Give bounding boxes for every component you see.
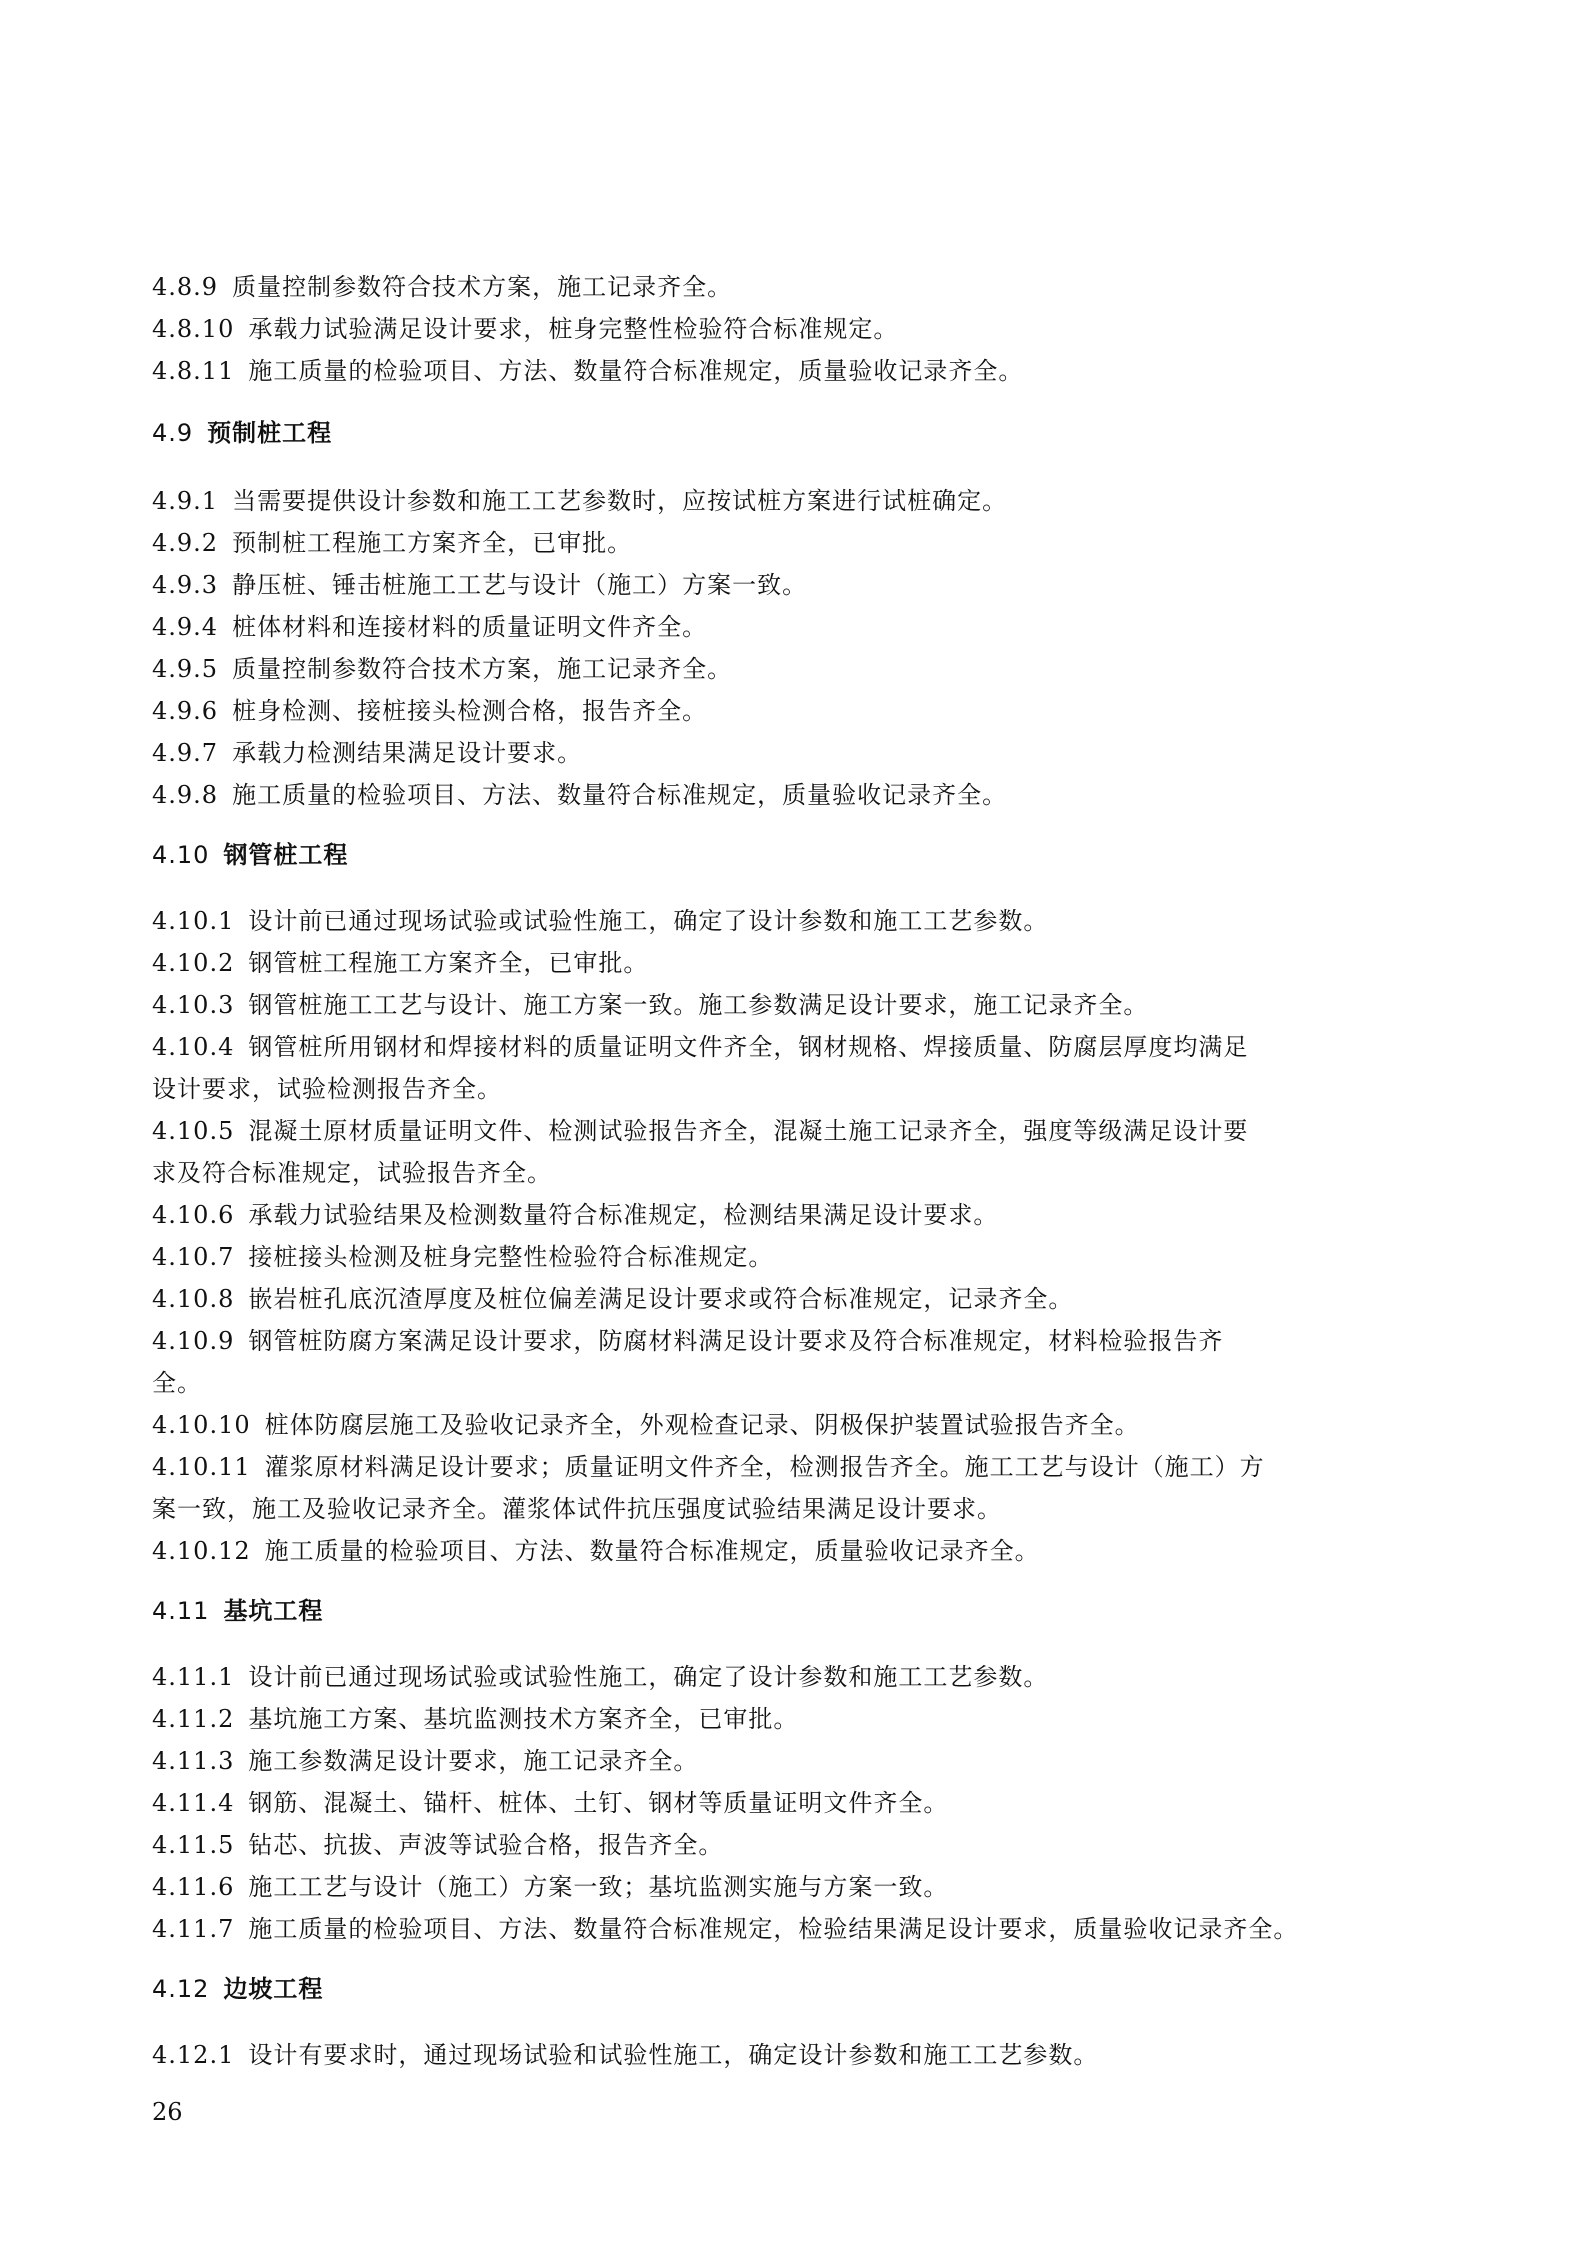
clause-text: 施工质量的检验项目、方法、数量符合标准规定，质量验收记录齐全。	[248, 357, 1023, 385]
clause-number: 4.9.5	[152, 654, 218, 684]
clause-text: 桩体防腐层施工及验收记录齐全，外观检查记录、阴极保护装置试验报告齐全。	[265, 1411, 1140, 1439]
clause-text: 施工质量的检验项目、方法、数量符合标准规定，质量验收记录齐全。	[265, 1537, 1040, 1565]
clause-number: 4.9.6	[152, 696, 218, 726]
clause-item: 4.11.6施工工艺与设计（施工）方案一致；基坑监测实施与方案一致。	[152, 1872, 948, 1902]
clause-continuation: 求及符合标准规定，试验报告齐全。	[152, 1158, 552, 1188]
clause-number: 4.10.8	[152, 1284, 234, 1314]
clause-number: 4.12	[152, 1974, 209, 2004]
clause-continuation: 设计要求，试验检测报告齐全。	[152, 1074, 502, 1104]
clause-item: 4.10.9钢管桩防腐方案满足设计要求，防腐材料满足设计要求及符合标准规定，材料…	[152, 1326, 1223, 1356]
clause-item: 4.8.11施工质量的检验项目、方法、数量符合标准规定，质量验收记录齐全。	[152, 356, 1023, 386]
clause-number: 4.10.9	[152, 1326, 234, 1356]
clause-item: 4.9.7承载力检测结果满足设计要求。	[152, 738, 582, 768]
clause-number: 4.10.12	[152, 1536, 251, 1566]
clause-number: 4.10.5	[152, 1116, 234, 1146]
clause-item: 4.11.4钢筋、混凝土、锚杆、桩体、土钉、钢材等质量证明文件齐全。	[152, 1788, 948, 1818]
clause-item: 4.11.7施工质量的检验项目、方法、数量符合标准规定，检验结果满足设计要求，质…	[152, 1914, 1298, 1944]
clause-number: 4.11.1	[152, 1662, 234, 1692]
clause-number: 4.9	[152, 418, 193, 448]
clause-text: 求及符合标准规定，试验报告齐全。	[152, 1159, 552, 1187]
clause-number: 4.9.2	[152, 528, 218, 558]
clause-item: 4.8.10承载力试验满足设计要求，桩身完整性检验符合标准规定。	[152, 314, 898, 344]
clause-number: 4.11.5	[152, 1830, 234, 1860]
clause-number: 4.12.1	[152, 2040, 234, 2070]
clause-item: 4.9.2预制桩工程施工方案齐全，已审批。	[152, 528, 632, 558]
clause-number: 4.10.4	[152, 1032, 234, 1062]
clause-number: 4.9.8	[152, 780, 218, 810]
clause-item: 4.10.12施工质量的检验项目、方法、数量符合标准规定，质量验收记录齐全。	[152, 1536, 1040, 1566]
clause-number: 4.11.7	[152, 1914, 234, 1944]
clause-item: 4.11.3施工参数满足设计要求，施工记录齐全。	[152, 1746, 698, 1776]
clause-text: 钢管桩工程施工方案齐全，已审批。	[248, 949, 648, 977]
clause-number: 4.11.4	[152, 1788, 234, 1818]
clause-text: 静压桩、锤击桩施工工艺与设计（施工）方案一致。	[232, 571, 807, 599]
clause-item: 4.10.8嵌岩桩孔底沉渣厚度及桩位偏差满足设计要求或符合标准规定，记录齐全。	[152, 1284, 1073, 1314]
section-title: 边坡工程	[223, 1975, 323, 2003]
clause-item: 4.11.1设计前已通过现场试验或试验性施工，确定了设计参数和施工工艺参数。	[152, 1662, 1048, 1692]
clause-number: 4.9.1	[152, 486, 218, 516]
clause-text: 质量控制参数符合技术方案，施工记录齐全。	[232, 273, 732, 301]
clause-text: 承载力试验结果及检测数量符合标准规定，检测结果满足设计要求。	[248, 1201, 998, 1229]
clause-text: 桩身检测、接桩接头检测合格，报告齐全。	[232, 697, 707, 725]
clause-number: 4.10.2	[152, 948, 234, 978]
page-number: 26	[152, 2098, 183, 2126]
clause-item: 4.10.7接桩接头检测及桩身完整性检验符合标准规定。	[152, 1242, 773, 1272]
clause-number: 4.10.1	[152, 906, 234, 936]
clause-text: 预制桩工程施工方案齐全，已审批。	[232, 529, 632, 557]
clause-item: 4.12.1设计有要求时，通过现场试验和试验性施工，确定设计参数和施工工艺参数。	[152, 2040, 1098, 2070]
clause-item: 4.9.5质量控制参数符合技术方案，施工记录齐全。	[152, 654, 732, 684]
clause-text: 接桩接头检测及桩身完整性检验符合标准规定。	[248, 1243, 773, 1271]
clause-text: 嵌岩桩孔底沉渣厚度及桩位偏差满足设计要求或符合标准规定，记录齐全。	[248, 1285, 1073, 1313]
clause-number: 4.11.2	[152, 1704, 234, 1734]
clause-item: 4.9.3静压桩、锤击桩施工工艺与设计（施工）方案一致。	[152, 570, 807, 600]
clause-text: 施工参数满足设计要求，施工记录齐全。	[248, 1747, 698, 1775]
clause-text: 钢筋、混凝土、锚杆、桩体、土钉、钢材等质量证明文件齐全。	[248, 1789, 948, 1817]
clause-number: 4.8.9	[152, 272, 218, 302]
clause-number: 4.11.6	[152, 1872, 234, 1902]
clause-text: 案一致，施工及验收记录齐全。灌浆体试件抗压强度试验结果满足设计要求。	[152, 1495, 1002, 1523]
clause-text: 钢管桩防腐方案满足设计要求，防腐材料满足设计要求及符合标准规定，材料检验报告齐	[248, 1327, 1223, 1355]
clause-text: 混凝土原材质量证明文件、检测试验报告齐全，混凝土施工记录齐全，强度等级满足设计要	[248, 1117, 1248, 1145]
clause-text: 设计要求，试验检测报告齐全。	[152, 1075, 502, 1103]
clause-item: 4.10.10桩体防腐层施工及验收记录齐全，外观检查记录、阴极保护装置试验报告齐…	[152, 1410, 1140, 1440]
clause-text: 设计前已通过现场试验或试验性施工，确定了设计参数和施工工艺参数。	[248, 907, 1048, 935]
clause-item: 4.9.4桩体材料和连接材料的质量证明文件齐全。	[152, 612, 707, 642]
clause-text: 质量控制参数符合技术方案，施工记录齐全。	[232, 655, 732, 683]
clause-item: 4.10.5混凝土原材质量证明文件、检测试验报告齐全，混凝土施工记录齐全，强度等…	[152, 1116, 1248, 1146]
clause-item: 4.9.1当需要提供设计参数和施工工艺参数时，应按试桩方案进行试桩确定。	[152, 486, 1007, 516]
clause-text: 施工质量的检验项目、方法、数量符合标准规定，检验结果满足设计要求，质量验收记录齐…	[248, 1915, 1298, 1943]
clause-text: 施工工艺与设计（施工）方案一致；基坑监测实施与方案一致。	[248, 1873, 948, 1901]
clause-text: 灌浆原材料满足设计要求；质量证明文件齐全，检测报告齐全。施工工艺与设计（施工）方	[265, 1453, 1265, 1481]
clause-item: 4.9.6桩身检测、接桩接头检测合格，报告齐全。	[152, 696, 707, 726]
clause-item: 4.9.8施工质量的检验项目、方法、数量符合标准规定，质量验收记录齐全。	[152, 780, 1007, 810]
clause-text: 承载力检测结果满足设计要求。	[232, 739, 582, 767]
clause-text: 钢管桩施工工艺与设计、施工方案一致。施工参数满足设计要求，施工记录齐全。	[248, 991, 1148, 1019]
clause-number: 4.10.11	[152, 1452, 251, 1482]
clause-item: 4.11.5钻芯、抗拔、声波等试验合格，报告齐全。	[152, 1830, 723, 1860]
clause-item: 4.10.2钢管桩工程施工方案齐全，已审批。	[152, 948, 648, 978]
section-title: 预制桩工程	[207, 419, 332, 447]
clause-item: 4.10.1设计前已通过现场试验或试验性施工，确定了设计参数和施工工艺参数。	[152, 906, 1048, 936]
clause-number: 4.10	[152, 840, 209, 870]
section-heading: 4.10钢管桩工程	[152, 840, 348, 870]
clause-number: 4.10.7	[152, 1242, 234, 1272]
clause-number: 4.9.7	[152, 738, 218, 768]
clause-continuation: 案一致，施工及验收记录齐全。灌浆体试件抗压强度试验结果满足设计要求。	[152, 1494, 1002, 1524]
clause-text: 设计有要求时，通过现场试验和试验性施工，确定设计参数和施工工艺参数。	[248, 2041, 1098, 2069]
section-heading: 4.12边坡工程	[152, 1974, 323, 2004]
clause-number: 4.10.10	[152, 1410, 251, 1440]
clause-number: 4.9.3	[152, 570, 218, 600]
clause-item: 4.11.2基坑施工方案、基坑监测技术方案齐全，已审批。	[152, 1704, 798, 1734]
section-heading: 4.9预制桩工程	[152, 418, 332, 448]
clause-text: 桩体材料和连接材料的质量证明文件齐全。	[232, 613, 707, 641]
clause-number: 4.11	[152, 1596, 209, 1626]
clause-item: 4.10.11灌浆原材料满足设计要求；质量证明文件齐全，检测报告齐全。施工工艺与…	[152, 1452, 1265, 1482]
clause-number: 4.8.11	[152, 356, 234, 386]
clause-number: 4.8.10	[152, 314, 234, 344]
clause-text: 施工质量的检验项目、方法、数量符合标准规定，质量验收记录齐全。	[232, 781, 1007, 809]
section-title: 基坑工程	[223, 1597, 323, 1625]
clause-text: 钢管桩所用钢材和焊接材料的质量证明文件齐全，钢材规格、焊接质量、防腐层厚度均满足	[248, 1033, 1248, 1061]
section-title: 钢管桩工程	[223, 841, 348, 869]
clause-text: 全。	[152, 1369, 202, 1397]
clause-item: 4.10.3钢管桩施工工艺与设计、施工方案一致。施工参数满足设计要求，施工记录齐…	[152, 990, 1148, 1020]
clause-text: 基坑施工方案、基坑监测技术方案齐全，已审批。	[248, 1705, 798, 1733]
clause-item: 4.10.6承载力试验结果及检测数量符合标准规定，检测结果满足设计要求。	[152, 1200, 998, 1230]
clause-text: 钻芯、抗拔、声波等试验合格，报告齐全。	[248, 1831, 723, 1859]
clause-number: 4.11.3	[152, 1746, 234, 1776]
clause-item: 4.8.9质量控制参数符合技术方案，施工记录齐全。	[152, 272, 732, 302]
clause-continuation: 全。	[152, 1368, 202, 1398]
clause-text: 当需要提供设计参数和施工工艺参数时，应按试桩方案进行试桩确定。	[232, 487, 1007, 515]
clause-number: 4.10.6	[152, 1200, 234, 1230]
clause-number: 4.10.3	[152, 990, 234, 1020]
clause-text: 承载力试验满足设计要求，桩身完整性检验符合标准规定。	[248, 315, 898, 343]
clause-number: 4.9.4	[152, 612, 218, 642]
clause-item: 4.10.4钢管桩所用钢材和焊接材料的质量证明文件齐全，钢材规格、焊接质量、防腐…	[152, 1032, 1248, 1062]
clause-text: 设计前已通过现场试验或试验性施工，确定了设计参数和施工工艺参数。	[248, 1663, 1048, 1691]
section-heading: 4.11基坑工程	[152, 1596, 323, 1626]
